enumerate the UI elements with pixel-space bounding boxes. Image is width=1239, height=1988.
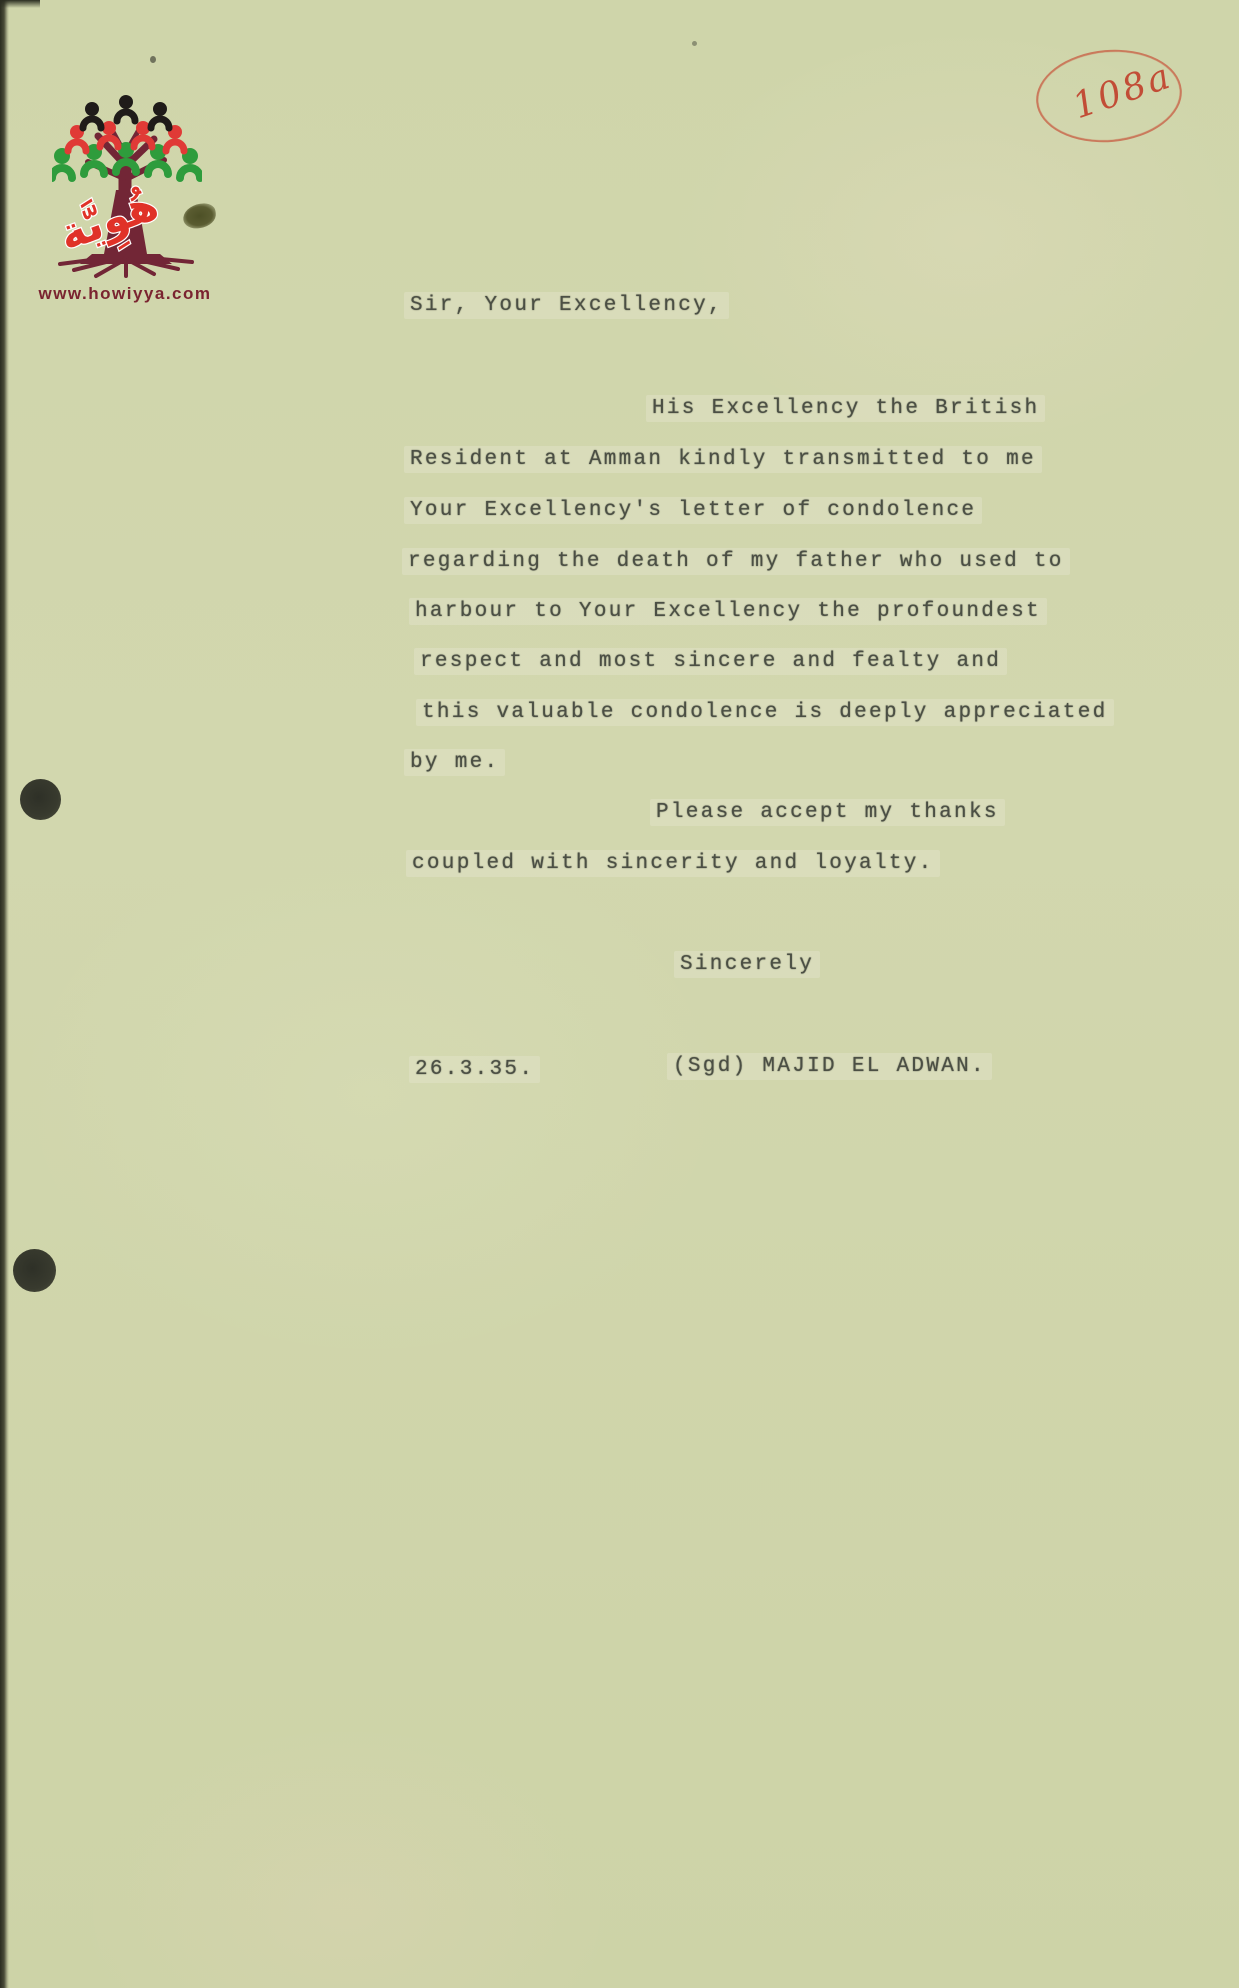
watermark-url: www.howiyya.com xyxy=(30,284,220,304)
letter-line: Resident at Amman kindly transmitted to … xyxy=(404,446,1042,473)
letter-line: His Excellency the British xyxy=(646,395,1045,422)
howiyya-tree-logo-icon: هُوِيَّة xyxy=(52,92,202,280)
scan-edge-top xyxy=(0,0,40,8)
scan-edge-left xyxy=(0,0,9,1988)
letter-salutation: Sir, Your Excellency, xyxy=(404,292,729,319)
letter-closing: Sincerely xyxy=(674,951,820,978)
letter-signature: (Sgd) MAJID EL ADWAN. xyxy=(667,1053,992,1080)
letter-line: Your Excellency's letter of condolence xyxy=(404,497,982,524)
letter-line: respect and most sincere and fealty and xyxy=(414,648,1007,675)
letter-line: harbour to Your Excellency the profounde… xyxy=(409,598,1047,625)
letter-date: 26.3.35. xyxy=(409,1056,540,1083)
punch-hole-bottom xyxy=(13,1249,56,1292)
letter-line: Please accept my thanks xyxy=(650,799,1005,826)
letter-line: this valuable condolence is deeply appre… xyxy=(416,699,1114,726)
howiyya-watermark: هُوِيَّة www.howiyya.com xyxy=(30,92,230,304)
punch-hole-top xyxy=(20,779,61,820)
people-row-black xyxy=(83,95,169,128)
letter-line: by me. xyxy=(404,749,505,776)
letter-line: coupled with sincerity and loyalty. xyxy=(406,850,940,877)
paper-speck xyxy=(150,56,156,63)
letter-body: Sir, Your Excellency, His Excellency the… xyxy=(408,0,1148,1200)
scanned-letter-page: هُوِيَّة www.howiyya.com 108a Sir, Your … xyxy=(0,0,1239,1988)
letter-line: regarding the death of my father who use… xyxy=(402,548,1070,575)
